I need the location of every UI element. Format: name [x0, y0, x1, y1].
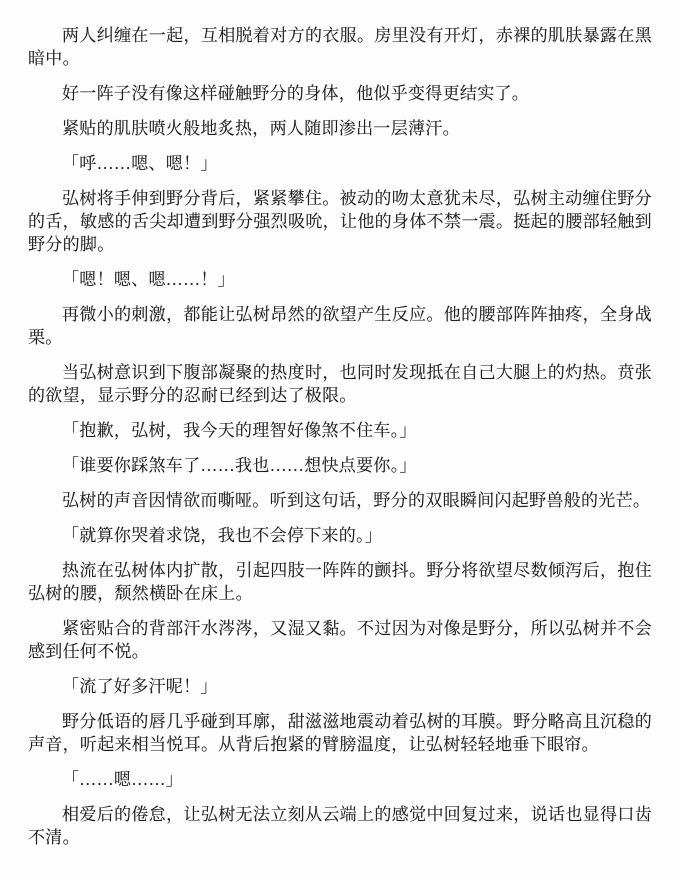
paragraph: 好一阵子没有像这样碰触野分的身体，他似乎变得更结实了。 — [28, 82, 652, 105]
paragraph: 相爱后的倦怠，让弘树无法立刻从云端上的感觉中回复过来，说话也显得口齿不清。 — [28, 803, 652, 849]
dialogue-paragraph: 「……嗯……」 — [28, 768, 652, 791]
paragraph: 两人纠缠在一起，互相脱着对方的衣服。房里没有开灯，赤裸的肌肤暴露在黑暗中。 — [28, 24, 652, 70]
dialogue-paragraph: 「抱歉，弘树，我今天的理智好像煞不住车。」 — [28, 419, 652, 442]
dialogue-paragraph: 「流了好多汗呢！」 — [28, 675, 652, 698]
paragraph: 热流在弘树体内扩散，引起四肢一阵阵的颤抖。野分将欲望尽数倾泻后，抱住弘树的腰，颓… — [28, 559, 652, 605]
paragraph: 再微小的刺激，都能让弘树昂然的欲望产生反应。他的腰部阵阵抽疼，全身战栗。 — [28, 303, 652, 349]
paragraph: 弘树的声音因情欲而嘶哑。听到这句话，野分的双眼瞬间闪起野兽般的光芒。 — [28, 489, 652, 512]
paragraph: 野分低语的唇几乎碰到耳廓，甜滋滋地震动着弘树的耳膜。野分略高且沉稳的声音，听起来… — [28, 710, 652, 756]
paragraph: 紧密贴合的背部汗水涔涔，又湿又黏。不过因为对像是野分，所以弘树并不会感到任何不悦… — [28, 617, 652, 663]
book-page: 两人纠缠在一起，互相脱着对方的衣服。房里没有开灯，赤裸的肌肤暴露在黑暗中。 好一… — [0, 0, 680, 880]
dialogue-paragraph: 「呼……嗯、嗯！」 — [28, 152, 652, 175]
dialogue-paragraph: 「嗯！嗯、嗯……！」 — [28, 268, 652, 291]
dialogue-paragraph: 「谁要你踩煞车了……我也……想快点要你。」 — [28, 454, 652, 477]
paragraph: 当弘树意识到下腹部凝聚的热度时，也同时发现抵在自己大腿上的灼热。贲张的欲望，显示… — [28, 361, 652, 407]
paragraph: 紧贴的肌肤喷火般地炙热，两人随即渗出一层薄汗。 — [28, 117, 652, 140]
paragraph: 弘树将手伸到野分背后，紧紧攀住。被动的吻太意犹未尽，弘树主动缠住野分的舌，敏感的… — [28, 187, 652, 256]
dialogue-paragraph: 「就算你哭着求饶，我也不会停下来的。」 — [28, 524, 652, 547]
